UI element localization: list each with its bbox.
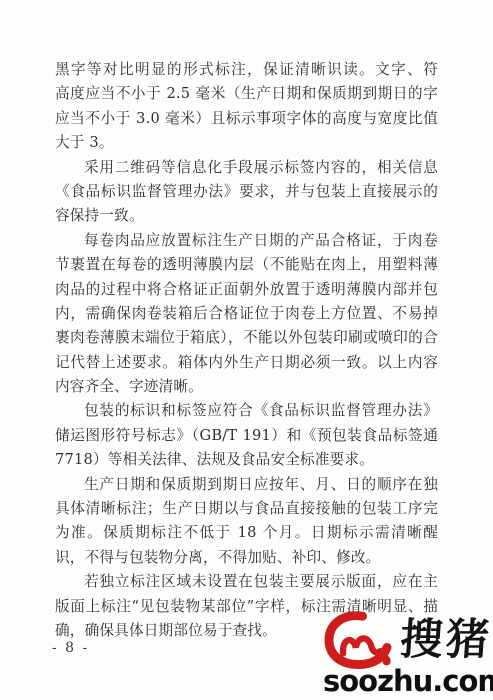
pig-snout-circle-icon — [323, 611, 399, 669]
text-line: 肉品的过程中将合格证正面朝外放置于透明薄膜内部并包裹在 — [55, 278, 438, 302]
brand-name-chinese: 搜猪 — [397, 612, 493, 668]
body-text: 黑字等对比明显的形式标注，保证清晰识读。文字、符号、数字 高度应当不小于 2.5… — [55, 58, 438, 643]
soozhu-watermark: 搜猪 soozhu.com — [323, 611, 493, 696]
text-line: 若独立标注区域未设置在包装主要展示版面，应在主要展示 — [55, 570, 438, 594]
text-line: 节裹置在每卷的透明薄膜内层（不能贴在肉上，用塑料薄膜包裹 — [55, 253, 438, 277]
text-line: 每卷肉品应放置标注生产日期的产品合格证，于肉卷加工环 — [55, 229, 438, 253]
text-line: 采用二维码等信息化手段展示标签内容的，相关信息需符合 — [55, 156, 438, 180]
text-line: 储运图形符号标志》（GB/T 191）和《预包装食品标签通则》（GB — [55, 424, 438, 448]
text-line: 具体清晰标注；生产日期以与食品直接接触的包装工序完成日期 — [55, 497, 438, 521]
page-number: - 8 - — [52, 640, 89, 656]
brand-domain-text: soozhu.com — [323, 667, 493, 696]
text-line: 高度应当不小于 2.5 毫米（生产日期和保质期到期日的字体高度 — [55, 82, 438, 106]
document-page: 黑字等对比明显的形式标注，保证清晰识读。文字、符号、数字 高度应当不小于 2.5… — [0, 0, 493, 700]
text-line: 为准。保质期标注不低于 18 个月。日期标示需清晰醒目、易于辨 — [55, 521, 438, 545]
text-line: 生产日期和保质期到期日应按年、月、日的顺序在独立区域 — [55, 473, 438, 497]
text-line: 内容齐全、字迹清晰。 — [55, 375, 438, 399]
text-line: 7718）等相关法律、法规及食品安全标准要求。 — [55, 448, 438, 472]
text-line: 黑字等对比明显的形式标注，保证清晰识读。文字、符号、数字 — [55, 58, 438, 82]
text-line: 识，不得与包装物分离，不得加贴、补印、修改。 — [55, 546, 438, 570]
text-line: 《食品标识监督管理办法》要求，并与包装上直接展示的标签内 — [55, 180, 438, 204]
text-line: 内，需确保肉卷装箱后合格证位于肉卷上方位置、不易掉出，包 — [55, 302, 438, 326]
text-line: 容保持一致。 — [55, 204, 438, 228]
text-line: 记代替上述要求。箱体内外生产日期必须一致。以上内容应做到 — [55, 351, 438, 375]
text-line: 包装的标识和标签应符合《食品标识监督管理办法》《包装 — [55, 399, 438, 423]
text-line: 裹肉卷薄膜末端位于箱底），不能以外包装印刷或喷印的合格标 — [55, 326, 438, 350]
text-line: 大于 3。 — [55, 131, 438, 155]
logo-row: 搜猪 — [323, 611, 493, 669]
text-line: 应当不小于 3.0 毫米）且标示事项字体的高度与宽度比值应当不 — [55, 107, 438, 131]
